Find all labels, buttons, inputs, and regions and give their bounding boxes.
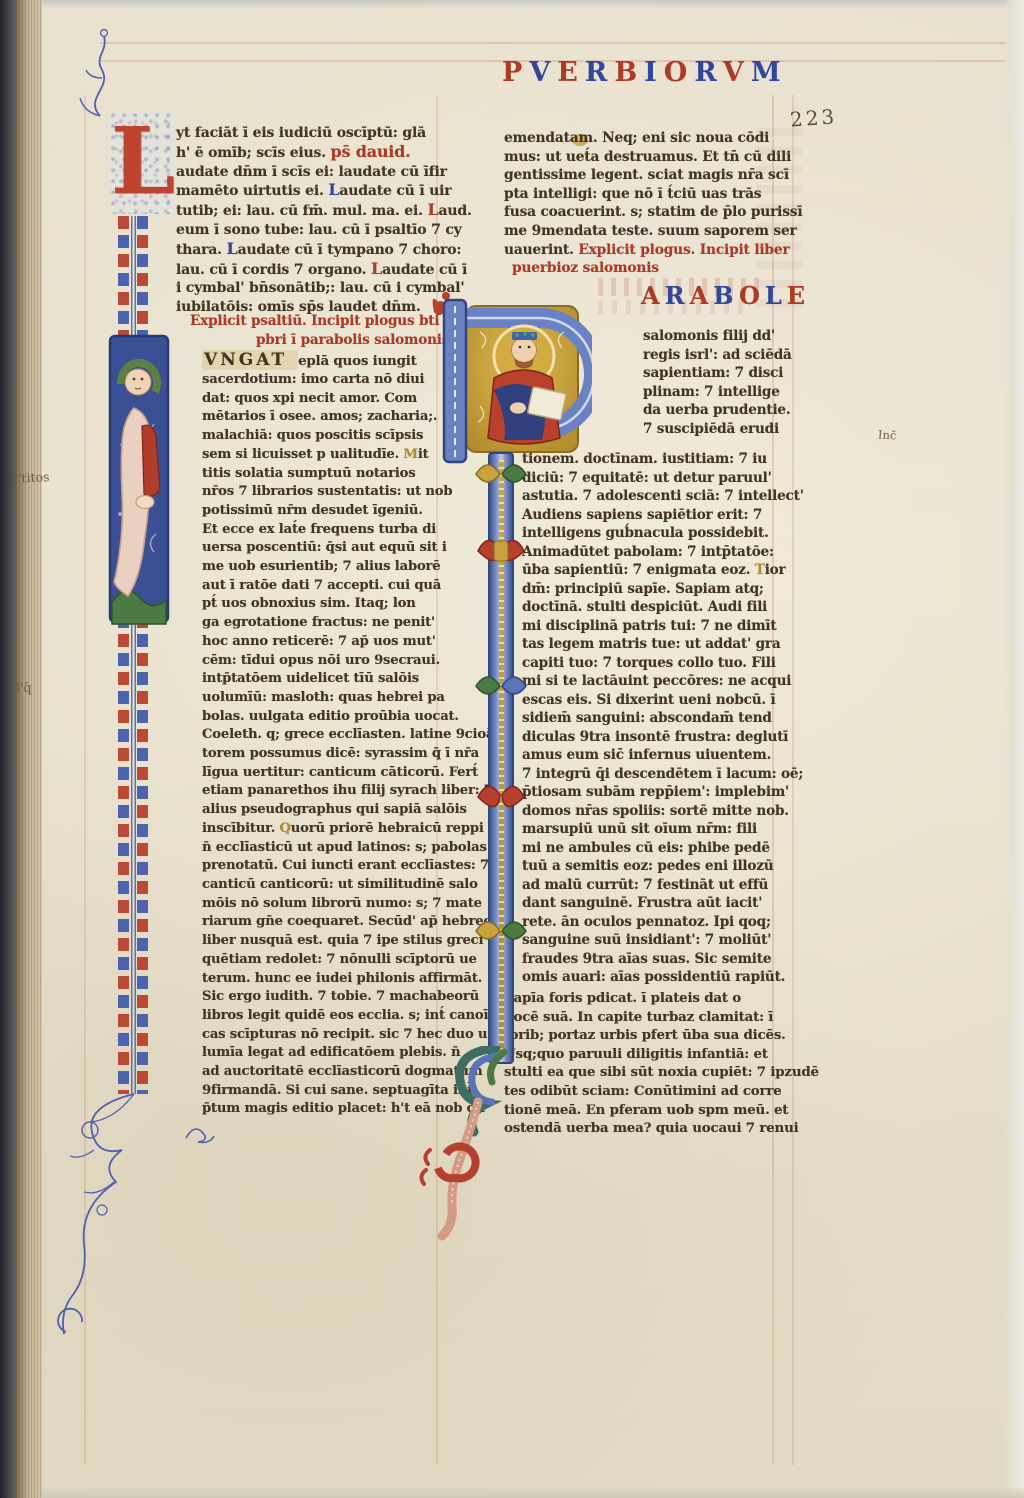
text-line: libros legit quidē eos ecclia. s; int́ c… [202,1007,476,1026]
text-line: sanguine suū insidiant': 7 moliūt' [522,931,808,950]
text-line: Sic ergo iudith. 7 tobie. 7 machabeorū [202,988,476,1007]
hand [136,496,154,509]
text-line: ūba sapientiū: 7 enigmata eoz. Tior [522,561,808,580]
ornamental-letter: V [529,57,557,88]
text-line: diculas 9tra insontē frustra: deglutī [522,728,808,747]
prologue-incipit-line: VNGAT eplā quos iungit [202,351,417,371]
descender-knot [466,905,536,959]
ornamental-letter: O [664,57,695,88]
text-line: aut ī ratōe dati 7 accepti. cui quā [202,577,476,596]
photo-bottom-edge [42,1486,1024,1498]
margin-note-left-lower: l'q̄ [16,680,32,696]
text-line: Usq;quo paruuli diligitis infantiā: et [504,1045,806,1064]
text-line: bolas. uulgata editio proūbia uocat. [202,708,476,727]
ornamental-letter: A [690,281,714,310]
text-line: fraudes 9tra aīas suas. Sic semite [522,950,808,969]
ornamental-letter: E [787,281,810,310]
text-line: ad malū currūt: 7 festināt ut effū [522,876,808,895]
text-line: terum. hunc ee iudei philonis affirmāt. [202,970,476,989]
text-line: cas scīpturas nō recipit. sic 7 hec duo … [202,1026,476,1045]
text-line: prenotatū. Cui iuncti erant ecclīastes: … [202,857,476,876]
text-line: n̄ ecclīasticū ut apud latinos: s; pabol… [202,839,476,858]
right-column-prologue-end: emendatam. Neq; eni sic noua cōdimus: ut… [504,129,806,278]
text-line: pt́ uos obnoxius sim. Itaq; lon [202,595,476,614]
left-column-prologue: sacerdotium: imo carta nō diuidat: quos … [202,371,476,1119]
text-line: etiam panarethos ihu filij syrach liber:… [202,782,476,801]
ornamental-letter: B [713,281,739,310]
text-line: da uerba prudentie. [643,401,807,420]
ornamental-letter: L [765,281,787,310]
photo-top-edge [42,0,1024,9]
text-line: uauerint. Explicit plogus. Incipit liber [504,241,806,260]
initial-L-letter: L [111,107,176,215]
penwork-flourish-top [58,26,134,118]
text-line: regis isrl': ad sciēdā [643,346,807,365]
monk-face [125,369,151,395]
text-line: cēm: tīdui opus nōi uro 9secraui. [202,652,476,671]
text-line: domos nr̄as spoliis: sortē mitte nob. [522,802,808,821]
text-line: lau. cū ī cordis 7 organo. Laudate cū ī [176,260,476,280]
text-line: mi si te lactāuint peccōres: ne acqui [522,672,808,691]
text-line: tutib; ei: lau. cū fm̄. mul. ma. ei. Lau… [176,201,476,221]
text-line: uersa poscentiū: q̄si aut equū sit i [202,539,476,558]
text-line: līgua uertitur: canticum cāticorū. Fert́ [202,764,476,783]
initial-L: L [110,112,176,214]
page-edge-stack [16,0,42,1498]
text-line: alius pseudographus qui sapiā salōis [202,801,476,820]
ornamental-letter: B [614,57,644,88]
left-column-psalm: yt faciāt ī eis iudiciū oscīptū: glāh' ē… [176,124,476,317]
text-line: Coeleth. q; grece ecclīasten. latine 9ci… [202,726,476,745]
text-line: uocē suā. In capite turbaz clamitat: ī [504,1008,806,1027]
text-line: diciū: 7 equitatē: ut detur paruul' [522,469,808,488]
text-line: mus: ut uet́a destruamus. Et tn̄ cū dili [504,148,806,167]
hand [510,402,526,413]
text-line: sidiem̄ sanguini: abscondam̄ tend [522,709,808,728]
text-line: uolumīū: masloth: quas hebrei pa [202,689,476,708]
text-line: tuū a semitis eoz: pedes eni illozū [522,857,808,876]
text-line: stulti ea que sibi sūt noxia cupiēt: 7 i… [504,1063,806,1082]
text-line: dm̄: principiū sapīe. Sapiam atq; [522,580,808,599]
running-title: PVERBIORVM [502,56,788,90]
text-line: hoc anno reticerē: 7 ap̄ uos mut' [202,633,476,652]
right-column-beside-initial: salomonis filij dd'regis isrl': ad sciēd… [643,327,807,439]
parchment-page: PVERBIORVM 223 L [42,0,1024,1498]
text-line: audate dn̄m ī scīs ei: laudate cū īfir [176,163,476,182]
descender-knot [466,770,536,824]
text-line: omis auari: aīas possidentiū rapiūt. [522,968,808,987]
text-line: Et ecce ex lat́e frequens turba di [202,521,476,540]
text-line: yt faciāt ī eis iudiciū oscīptū: glā [176,124,476,143]
ornamental-letter: O [739,281,765,310]
text-line: h' ē omīb; scīs eius. ps̄ dauid. [176,143,476,163]
right-column-proverbs: tionem. doctīnam. iustitiam: 7 iudiciū: … [522,450,808,987]
photo-right-edge [1004,0,1024,1498]
text-line: forib; portaz urbis pfert ūba sua dicēs. [504,1026,806,1045]
descender-terminal [400,1046,524,1246]
folio-number: 223 [789,104,838,131]
text-line: 7 suscipiēdā erudi [643,420,807,439]
margin-note-right: Inc̄ [878,428,897,443]
text-line: tas legem matris tue: ut addat' gra [522,635,808,654]
text-line: gentissime legent. sciat magis nr̄a scī [504,166,806,185]
text-line: eum ī sono tube: lau. cū ī psaltīo 7 cy [176,221,476,240]
text-line: p̄tiosam subām repp̄iem': implebim' [522,783,808,802]
text-line: riarum gn̄e coequaret. Secūd' ap̄ hebreo… [202,913,476,932]
ornamental-letter: R [665,281,690,310]
text-line: liber nusquā est. quia 7 ipe stilus grec… [202,932,476,951]
book-gutter-edge [0,0,16,1498]
text-line: emendatam. Neq; eni sic noua cōdi [504,129,806,148]
text-line: canticū canticorū: ut similitudinē salo [202,876,476,895]
text-line: Sapīa foris pdicat. ī plateis dat o [504,989,806,1008]
text-line: astutia. 7 adolescenti sciā: 7 intellect… [522,487,808,506]
text-line: 7 integrū q̄i descendētem ī lacum: oē; [522,765,808,784]
text-line: plinam: 7 intellige [643,383,807,402]
text-line: thara. Laudate cū ī tympano 7 choro: [176,240,476,260]
text-line: puerbioz salomonis [504,259,806,278]
text-line: intp̄tatōem uidelicet tīū salōis [202,670,476,689]
text-line: nr̄os 7 librarios sustentatis: ut nob [202,483,476,502]
manuscript-page-photo: PVERBIORVM 223 L [0,0,1024,1498]
text-line: sapientiam: 7 disci [643,364,807,383]
text-line: me 9mendata teste. suum saporem ser [504,222,806,241]
text-line: me uob esurientib; 7 alius laborē [202,558,476,577]
initial-P-historiated [432,292,592,468]
text-line: mōis nō solum librorū numo: s; 7 mate [202,895,476,914]
right-column-proverbs-end: Sapīa foris pdicat. ī plateis dat ouocē … [504,989,806,1138]
text-line: tionē meā. En pferam uob spm meū. et [504,1101,806,1120]
margin-note-left-upper: l'titos [14,469,50,486]
text-line: salomonis filij dd' [643,327,807,346]
text-line: inscībitur. Quorū priorē hebraicū reppi [202,820,476,839]
text-line: rete. ān oculos pennatoz. Ipi qoq; [522,913,808,932]
ornamental-letter: I [644,57,664,88]
text-line: mi ne ambules cū eis: phibe pedē [522,839,808,858]
catchword-flourish [182,1122,216,1144]
ornamental-letter: P [502,57,529,88]
penwork-flourish-bottom [42,1090,202,1340]
descender-knot [466,524,536,578]
text-line: VNGAT eplā quos iungit [202,351,417,371]
descender-knot [466,448,536,502]
text-line: mi disciplinā patris tui: 7 ne dimīt [522,617,808,636]
text-line: amus eum sic̄ infernus uiuentem. [522,746,808,765]
text-line: dant sanguinē. Frustra aūt iacit' [522,894,808,913]
ornamental-letter: M [751,57,788,88]
text-line: escas eis. Si dixerint ueni nobcū. ī [522,691,808,710]
ornamental-letter: R [585,57,614,88]
initial-I-figure [108,334,170,626]
text-line: mamēto uirtutis ei. Laudate cū ī uir [176,181,476,201]
text-line: pta intelligi: que nō ī t́ciū uas trās [504,185,806,204]
ornamental-letter: R [694,57,722,88]
text-line: Audiens sapiens sapiētior erit: 7 [522,506,808,525]
text-line: capiti tuo: 7 torques collo tuo. Fili [522,654,808,673]
ruling-line [100,42,1005,44]
text-line: Animadūtet pabolam: 7 intp̄tatōe: [522,543,808,562]
text-line: doctīnā. stulti despiciūt. Audi fili [522,598,808,617]
ornamental-letter: V [723,57,751,88]
ornamental-letter: E [557,57,585,88]
parabole-capitals: ARABOLE [641,280,810,312]
text-line: ostendā uerba mea? quia uocaui 7 renui [504,1119,806,1138]
text-line: torem possumus dicē: syrassim q̄ ī nr̄a [202,745,476,764]
text-line: quētiam redolet: 7 nōnulli scīptorū ue [202,951,476,970]
text-line: i cymbal' bn̄sonātib;: lau. cū i cymbal' [176,279,476,298]
text-line: intelligens gub́nacula possidebit. [522,524,808,543]
solomon-face [512,338,537,363]
text-line: potissimū nr̄m desudet īgeniū. [202,502,476,521]
text-line: marsupiū unū sit oīum nr̄m: fili [522,820,808,839]
descender-knot [466,660,536,714]
ornamental-letter: A [641,281,665,310]
text-line: ga egrotatione fractus: ne penit' [202,614,476,633]
text-line: fusa coacuerint. s; statim de p̄lo puris… [504,203,806,222]
text-line: tes odibūt sciam: Conūtimini ad corre [504,1082,806,1101]
